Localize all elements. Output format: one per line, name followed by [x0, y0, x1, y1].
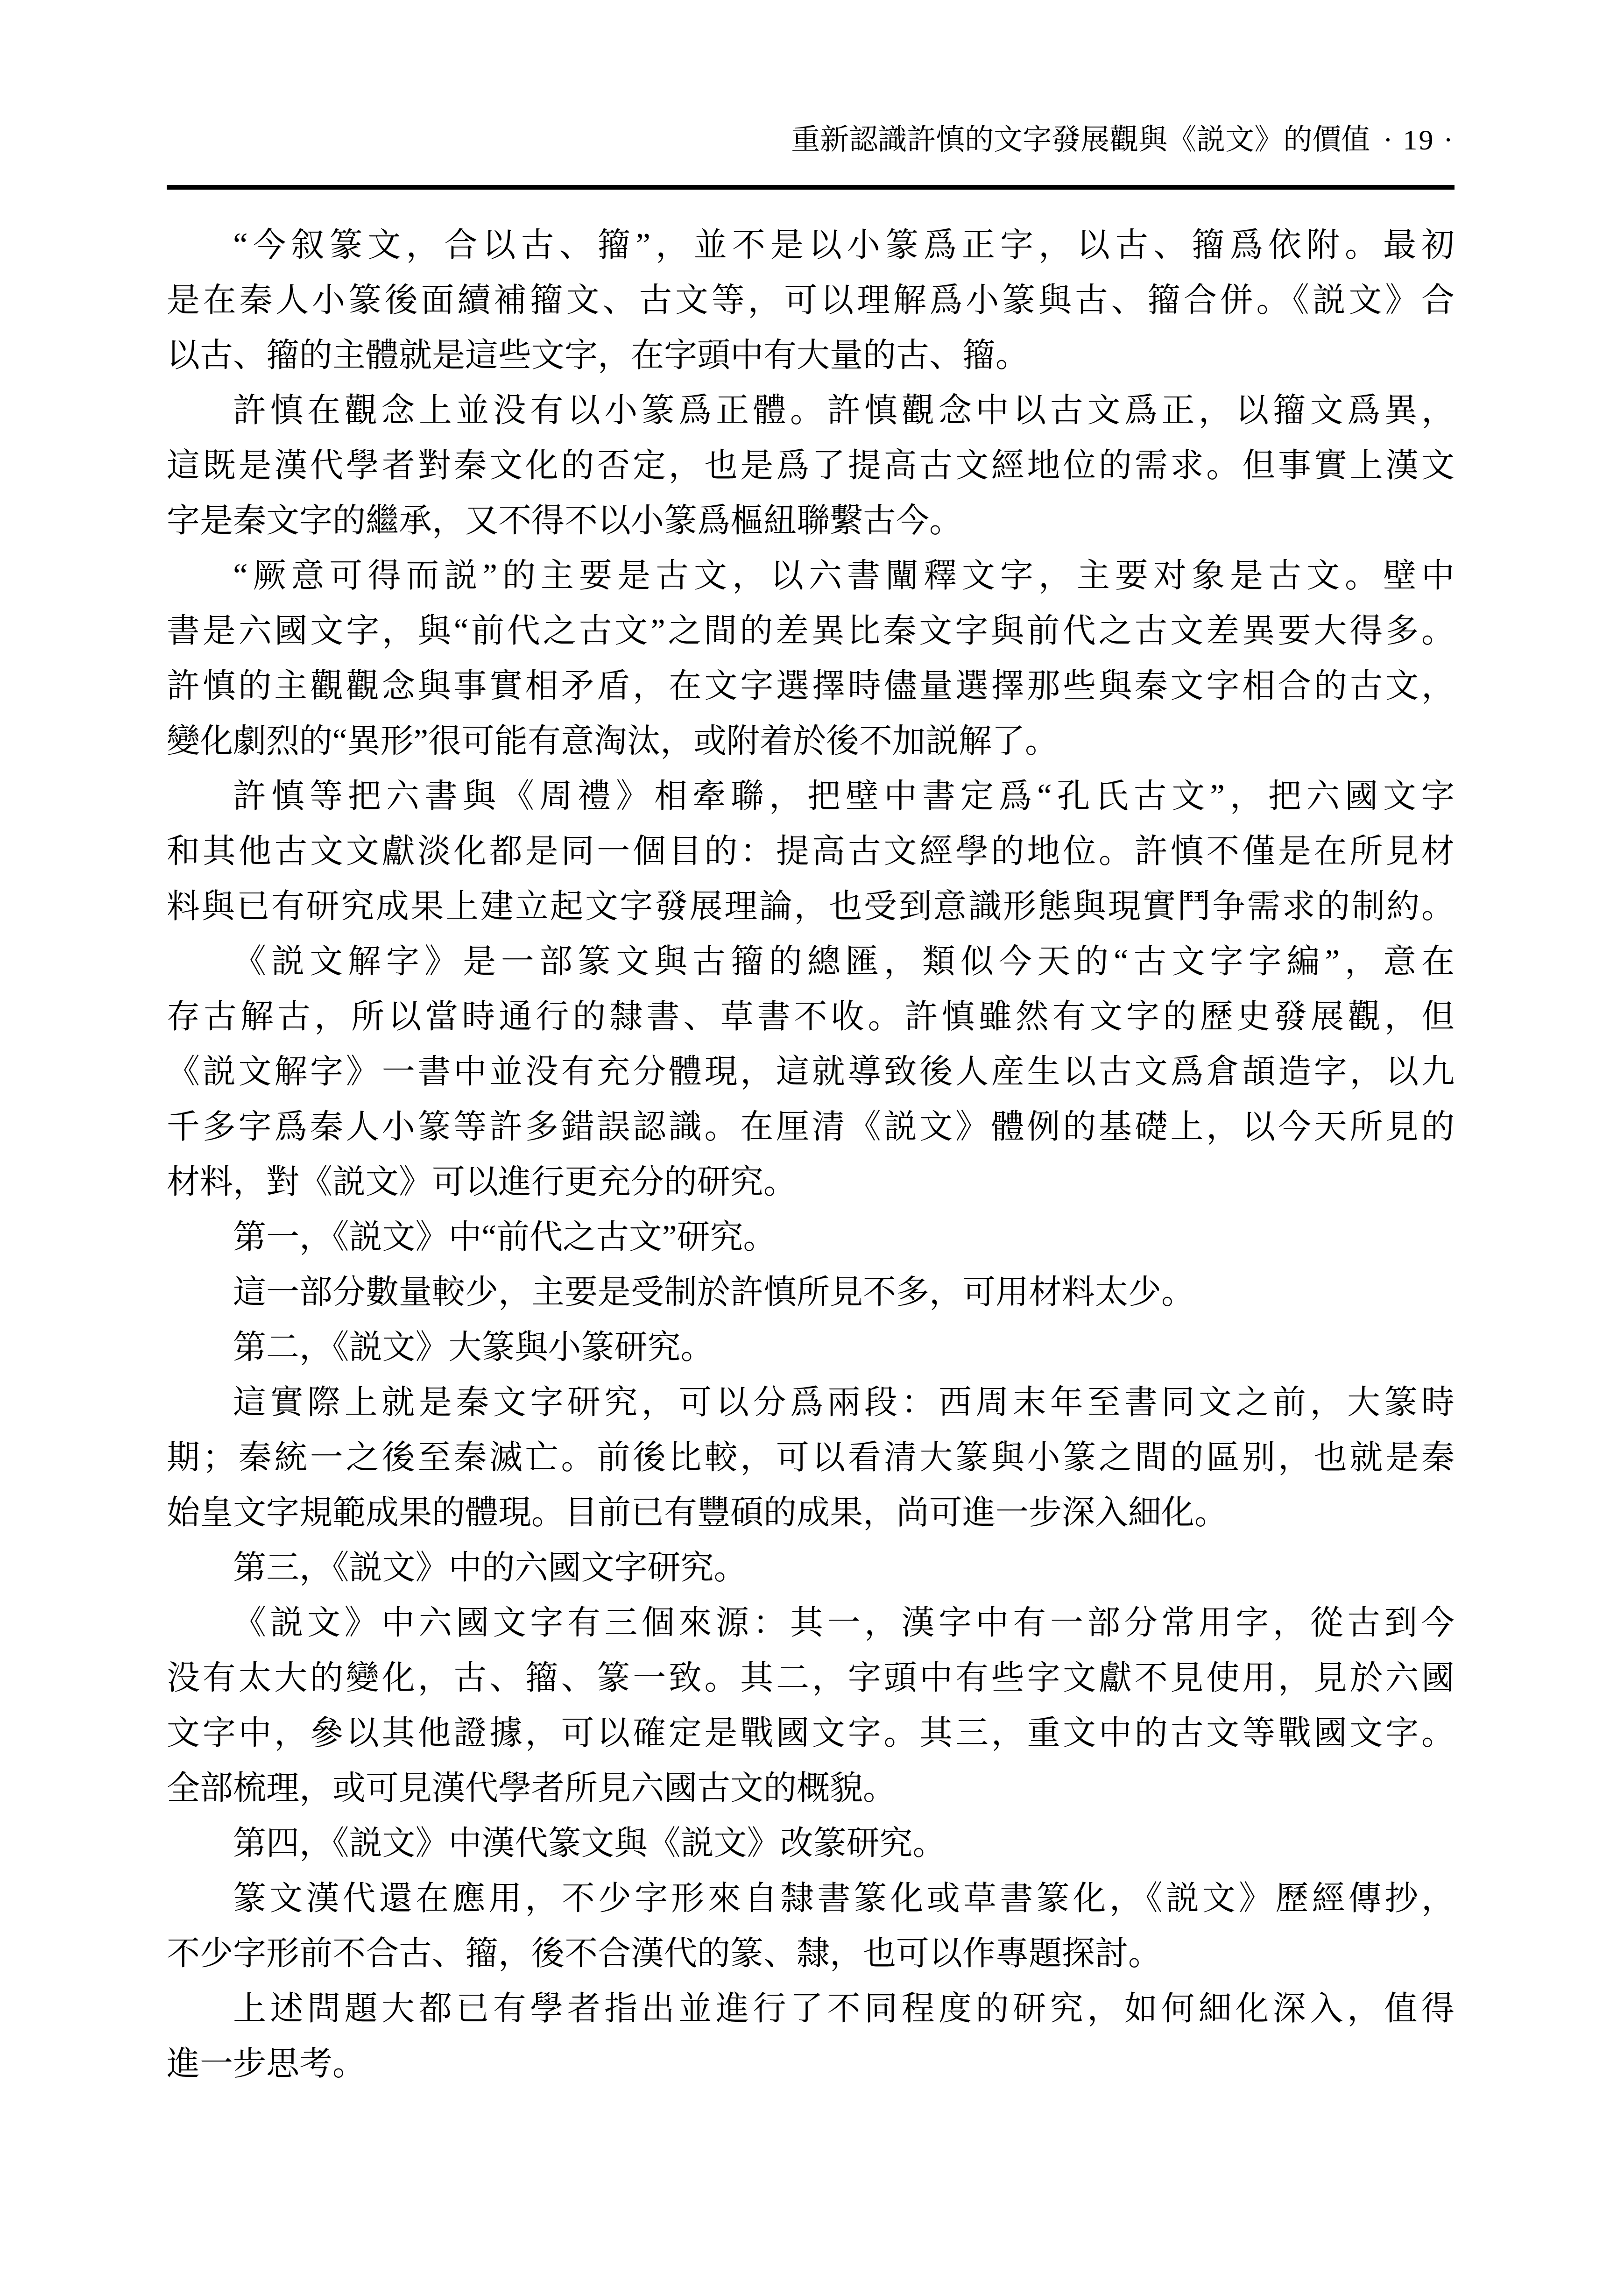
- text-line: “今叙篆文，合以古、籀”，並不是以小篆爲正字，以古、籀爲依附。最初: [167, 218, 1455, 273]
- text-line: 是在秦人小篆後面續補籀文、古文等，可以理解爲小篆與古、籀合併。《説文》合: [167, 273, 1455, 328]
- paragraph: 上述問題大都已有學者指出並進行了不同程度的研究，如何細化深入，值得 進一步思考。: [167, 1981, 1455, 2091]
- paragraph: 第一，《説文》中“前代之古文”研究。: [167, 1210, 1455, 1265]
- paragraph: “今叙篆文，合以古、籀”，並不是以小篆爲正字，以古、籀爲依附。最初 是在秦人小篆…: [167, 218, 1455, 383]
- text-line: 第二，《説文》大篆與小篆研究。: [167, 1320, 1455, 1375]
- text-line: 這一部分數量較少，主要是受制於許慎所見不多，可用材料太少。: [167, 1265, 1455, 1320]
- paragraph: “厥意可得而説”的主要是古文，以六書闡釋文字，主要对象是古文。壁中 書是六國文字…: [167, 548, 1455, 769]
- text-line: 没有太大的變化，古、籀、篆一致。其二，字頭中有些字文獻不見使用，見於六國: [167, 1650, 1455, 1706]
- text-line: 許慎在觀念上並没有以小篆爲正體。許慎觀念中以古文爲正，以籀文爲異，: [167, 383, 1455, 438]
- text-line: 許慎的主觀觀念與事實相矛盾，在文字選擇時儘量選擇那些與秦文字相合的古文，: [167, 659, 1455, 714]
- text-line: “厥意可得而説”的主要是古文，以六書闡釋文字，主要对象是古文。壁中: [167, 548, 1455, 603]
- paragraph: 許慎在觀念上並没有以小篆爲正體。許慎觀念中以古文爲正，以籀文爲異， 這既是漢代學…: [167, 383, 1455, 548]
- paragraph: 第三，《説文》中的六國文字研究。: [167, 1540, 1455, 1595]
- paragraph: 《説文》中六國文字有三個來源：其一，漢字中有一部分常用字，從古到今 没有太大的變…: [167, 1595, 1455, 1816]
- text-line: 書是六國文字，與“前代之古文”之間的差異比秦文字與前代之古文差異要大得多。: [167, 603, 1455, 659]
- document-page: 重新認識許慎的文字發展觀與《説文》的價值· 19 · “今叙篆文，合以古、籀”，…: [0, 0, 1624, 2295]
- paragraph: 這一部分數量較少，主要是受制於許慎所見不多，可用材料太少。: [167, 1265, 1455, 1320]
- text-line: 不少字形前不合古、籀，後不合漢代的篆、隸，也可以作專題探討。: [167, 1926, 1455, 1981]
- text-line: 這實際上就是秦文字研究，可以分爲兩段：西周末年至書同文之前，大篆時: [167, 1375, 1455, 1430]
- text-line: 第三，《説文》中的六國文字研究。: [167, 1540, 1455, 1595]
- text-line: 以古、籀的主體就是這些文字，在字頭中有大量的古、籀。: [167, 328, 1455, 383]
- paragraph: 《説文解字》是一部篆文與古籀的總匯，類似今天的“古文字字編”，意在 存古解古，所…: [167, 934, 1455, 1210]
- running-header: 重新認識許慎的文字發展觀與《説文》的價值· 19 ·: [167, 122, 1455, 159]
- text-line: 《説文解字》是一部篆文與古籀的總匯，類似今天的“古文字字編”，意在: [167, 934, 1455, 989]
- text-line: 字是秦文字的繼承，又不得不以小篆爲樞紐聯繫古今。: [167, 493, 1455, 548]
- article-body: “今叙篆文，合以古、籀”，並不是以小篆爲正字，以古、籀爲依附。最初 是在秦人小篆…: [167, 218, 1455, 2091]
- text-line: 千多字爲秦人小篆等許多錯誤認識。在厘清《説文》體例的基礎上，以今天所見的: [167, 1099, 1455, 1155]
- text-line: 料與已有研究成果上建立起文字發展理論，也受到意識形態與現實鬥争需求的制約。: [167, 879, 1455, 934]
- text-line: 上述問題大都已有學者指出並進行了不同程度的研究，如何細化深入，值得: [167, 1981, 1455, 2036]
- paragraph: 篆文漢代還在應用，不少字形來自隸書篆化或草書篆化，《説文》歷經傳抄， 不少字形前…: [167, 1871, 1455, 1981]
- text-line: 全部梳理，或可見漢代學者所見六國古文的概貌。: [167, 1761, 1455, 1816]
- text-line: 和其他古文文獻淡化都是同一個目的：提高古文經學的地位。許慎不僅是在所見材: [167, 824, 1455, 879]
- text-line: 進一步思考。: [167, 2036, 1455, 2091]
- text-line: 第一，《説文》中“前代之古文”研究。: [167, 1210, 1455, 1265]
- text-line: 第四，《説文》中漢代篆文與《説文》改篆研究。: [167, 1816, 1455, 1871]
- text-line: 變化劇烈的“異形”很可能有意淘汰，或附着於後不加説解了。: [167, 714, 1455, 769]
- paragraph: 第二，《説文》大篆與小篆研究。: [167, 1320, 1455, 1375]
- text-line: 期；秦統一之後至秦滅亡。前後比較，可以看清大篆與小篆之間的區别，也就是秦: [167, 1430, 1455, 1485]
- text-line: 始皇文字規範成果的體現。目前已有豐碩的成果，尚可進一步深入細化。: [167, 1485, 1455, 1540]
- text-line: 《説文解字》一書中並没有充分體現，這就導致後人産生以古文爲倉頡造字，以九: [167, 1044, 1455, 1099]
- text-line: 材料，對《説文》可以進行更充分的研究。: [167, 1155, 1455, 1210]
- text-line: 文字中，參以其他證據，可以確定是戰國文字。其三，重文中的古文等戰國文字。: [167, 1706, 1455, 1761]
- paragraph: 這實際上就是秦文字研究，可以分爲兩段：西周末年至書同文之前，大篆時 期；秦統一之…: [167, 1375, 1455, 1540]
- text-line: 《説文》中六國文字有三個來源：其一，漢字中有一部分常用字，從古到今: [167, 1595, 1455, 1650]
- header-rule: [167, 185, 1455, 190]
- text-line: 許慎等把六書與《周禮》相牽聯，把壁中書定爲“孔氏古文”，把六國文字: [167, 769, 1455, 824]
- text-line: 篆文漢代還在應用，不少字形來自隸書篆化或草書篆化，《説文》歷經傳抄，: [167, 1871, 1455, 1926]
- paragraph: 許慎等把六書與《周禮》相牽聯，把壁中書定爲“孔氏古文”，把六國文字 和其他古文文…: [167, 769, 1455, 934]
- page-number: · 19 ·: [1383, 124, 1455, 156]
- text-line: 這既是漢代學者對秦文化的否定，也是爲了提高古文經地位的需求。但事實上漢文: [167, 438, 1455, 493]
- running-header-title: 重新認識許慎的文字發展觀與《説文》的價值: [791, 124, 1370, 156]
- paragraph: 第四，《説文》中漢代篆文與《説文》改篆研究。: [167, 1816, 1455, 1871]
- text-line: 存古解古，所以當時通行的隸書、草書不收。許慎雖然有文字的歷史發展觀，但: [167, 989, 1455, 1044]
